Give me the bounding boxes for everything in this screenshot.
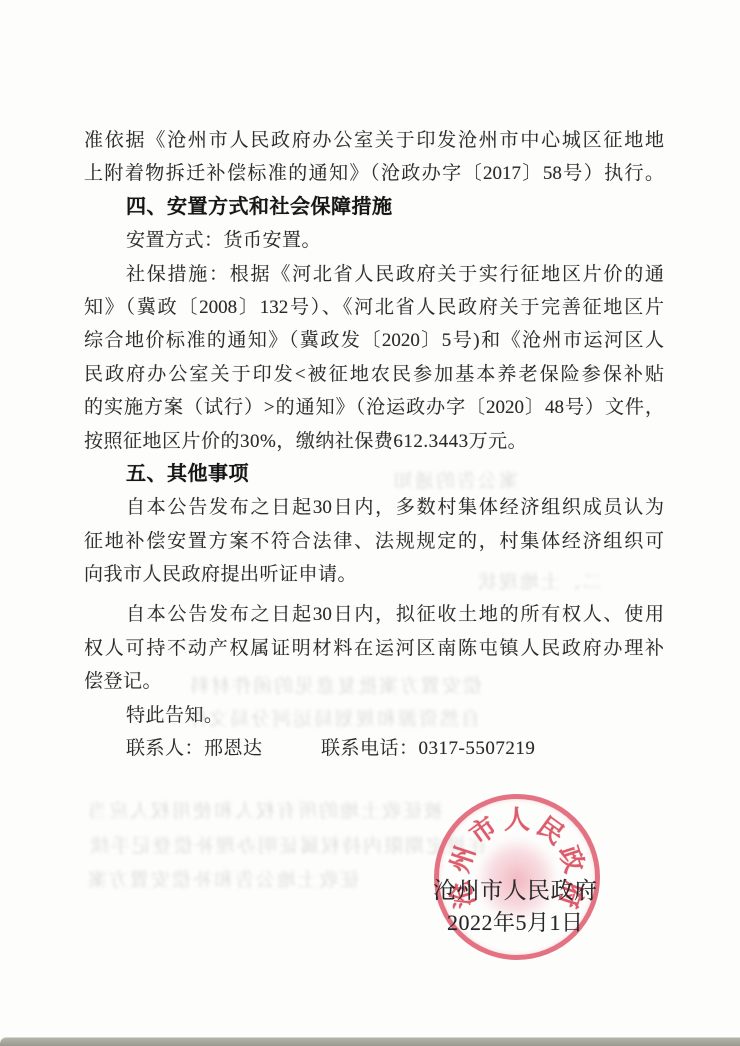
document-line: 权人可持不动产权属证明材料在运河区南陈屯镇人民政府办理补 <box>84 632 664 665</box>
document-line: 的实施方案（试行）>的通知》（沧运政办字〔2020〕48号）文件， <box>84 391 664 424</box>
document-line: 联系人：邢恩达 联系电话：0317-5507219 <box>84 732 664 765</box>
scan-bottom-edge <box>0 1038 740 1046</box>
section-heading: 五、其他事项 <box>84 458 664 491</box>
section-heading: 四、安置方式和社会保障措施 <box>84 191 664 224</box>
document-line: 按照征地区片价的30%，缴纳社保费612.3443万元。 <box>84 425 664 458</box>
document-line: 准依据《沧州市人民政府办公室关于印发沧州市中心城区征地地 <box>84 124 664 157</box>
document-line: 自本公告发布之日起30日内，拟征收土地的所有权人、使用 <box>84 598 664 631</box>
signature-date: 2022年5月1日 <box>447 906 584 937</box>
scanned-page: 案公告的通知二、土地现状偿安置方案批复意见的函件材料自然资源和规划局运河分局文件… <box>0 0 740 1046</box>
document-body: 准依据《沧州市人民政府办公室关于印发沧州市中心城区征地地上附着物拆迁补偿标准的通… <box>84 124 664 765</box>
signature-org: 沧州市人民政府 <box>433 872 598 905</box>
ghost-line: 被征收土地的所有权人和使用权人应当 <box>86 796 443 823</box>
ghost-line: 在规定期限内持权属证明办理补偿登记手续 <box>88 831 487 858</box>
document-line: 民政府办公室关于印发<被征地农民参加基本养老保险参保补贴 <box>84 358 664 391</box>
document-line: 综合地价标准的通知》（冀政发〔2020〕5号)和《沧州市运河区人 <box>84 324 664 357</box>
document-line: 征地补偿安置方案不符合法律、法规规定的，村集体经济组织可 <box>84 525 664 558</box>
document-line: 知》（冀政〔2008〕132号）、《河北省人民政府关于完善征地区片 <box>84 291 664 324</box>
document-line: 自本公告发布之日起30日内，多数村集体经济组织成员认为 <box>84 491 664 524</box>
document-line: 偿登记。 <box>84 665 664 698</box>
document-line: 向我市人民政府提出听证申请。 <box>84 558 664 591</box>
document-line: 安置方式：货币安置。 <box>84 224 664 257</box>
document-line: 特此告知。 <box>84 699 664 732</box>
seal-arc-char: 人 <box>504 800 530 837</box>
document-line: 社保措施：根据《河北省人民政府关于实行征地区片价的通 <box>84 258 664 291</box>
ghost-line: 征收土地公告和补偿安置方案 <box>86 865 359 892</box>
document-line: 上附着物拆迁补偿标准的通知》（沧政办字〔2017〕58号）执行。 <box>84 157 664 190</box>
